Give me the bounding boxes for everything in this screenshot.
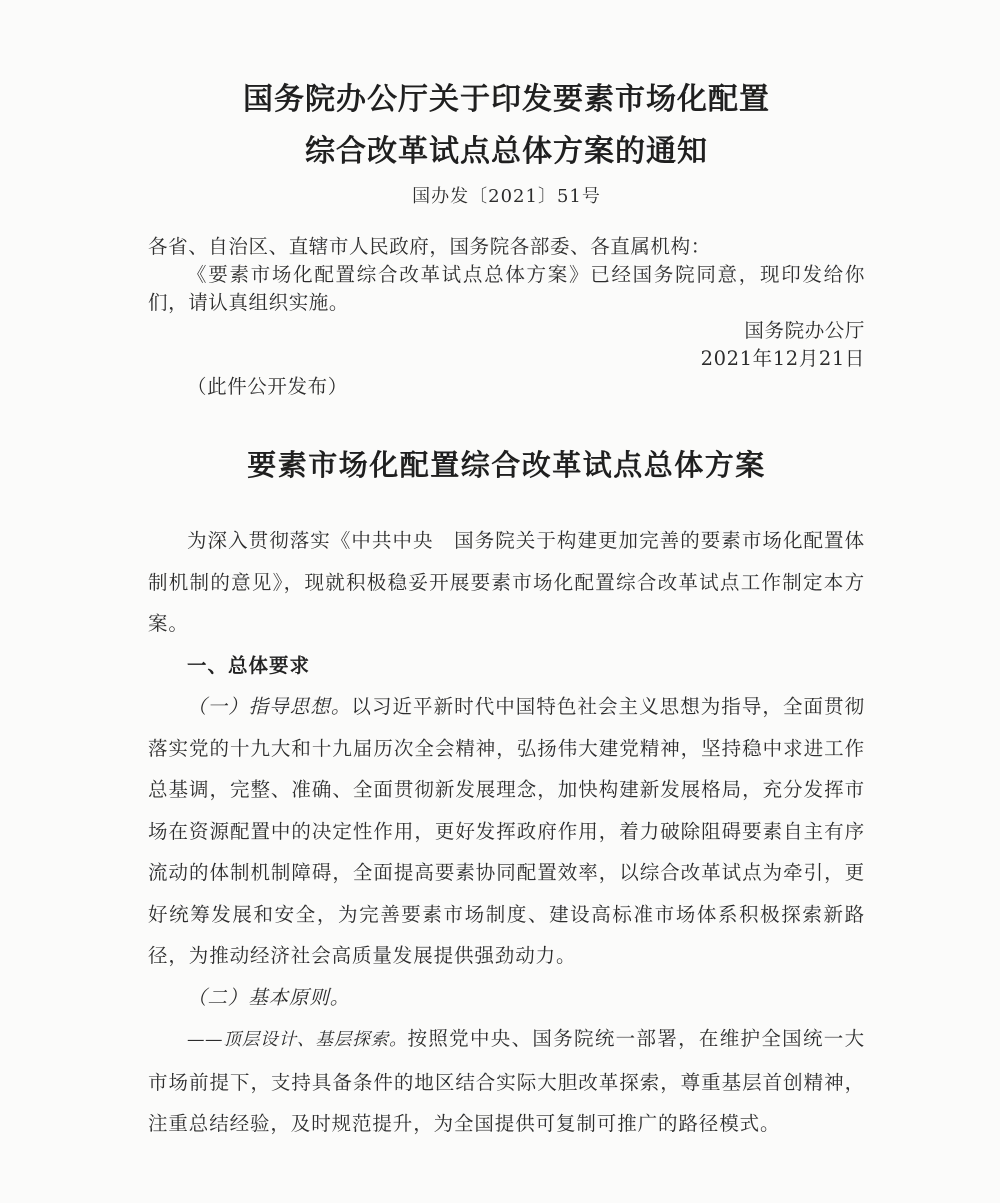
notice-title-line-2: 综合改革试点总体方案的通知	[148, 126, 865, 178]
principle-top-design-lead: ——顶层设计、基层探索。	[187, 1030, 408, 1050]
section-heading-overall-requirements: 一、总体要求	[148, 645, 865, 687]
guiding-ideology-text: 以习近平新时代中国特色社会主义思想为指导，全面贯彻落实党的十九大和十九届历次全会…	[148, 695, 865, 967]
release-note: （此件公开发布）	[148, 373, 865, 401]
issuer-line: 国务院办公厅	[148, 317, 865, 345]
plan-body: 为深入贯彻落实《中共中央 国务院关于构建更加完善的要素市场化配置体制机制的意见》…	[148, 520, 865, 1145]
principle-top-design-paragraph: ——顶层设计、基层探索。按照党中央、国务院统一部署，在维护全国统一大市场前提下，…	[148, 1018, 865, 1145]
plan-title: 要素市场化配置综合改革试点总体方案	[148, 443, 865, 487]
notice-body-paragraph: 《要素市场化配置综合改革试点总体方案》已经国务院同意，现印发给你们，请认真组织实…	[148, 261, 865, 317]
date-line: 2021年12月21日	[148, 345, 865, 373]
document-page: 国务院办公厅关于印发要素市场化配置 综合改革试点总体方案的通知 国办发〔2021…	[0, 0, 1000, 1203]
doc-number: 国办发〔2021〕51号	[148, 184, 865, 210]
basic-principles-heading: （二）基本原则。	[148, 977, 865, 1019]
notice-body: 各省、自治区、直辖市人民政府，国务院各部委、各直属机构： 《要素市场化配置综合改…	[148, 233, 865, 401]
guiding-ideology-paragraph: （一）指导思想。以习近平新时代中国特色社会主义思想为指导，全面贯彻落实党的十九大…	[148, 686, 865, 977]
notice-title: 国务院办公厅关于印发要素市场化配置 综合改革试点总体方案的通知	[148, 74, 865, 178]
notice-header: 国务院办公厅关于印发要素市场化配置 综合改革试点总体方案的通知 国办发〔2021…	[148, 74, 865, 210]
plan-intro-paragraph: 为深入贯彻落实《中共中央 国务院关于构建更加完善的要素市场化配置体制机制的意见》…	[148, 520, 865, 645]
guiding-ideology-lead: （一）指导思想。	[187, 695, 351, 718]
notice-title-line-1: 国务院办公厅关于印发要素市场化配置	[148, 74, 865, 126]
salutation-line: 各省、自治区、直辖市人民政府，国务院各部委、各直属机构：	[148, 233, 865, 261]
